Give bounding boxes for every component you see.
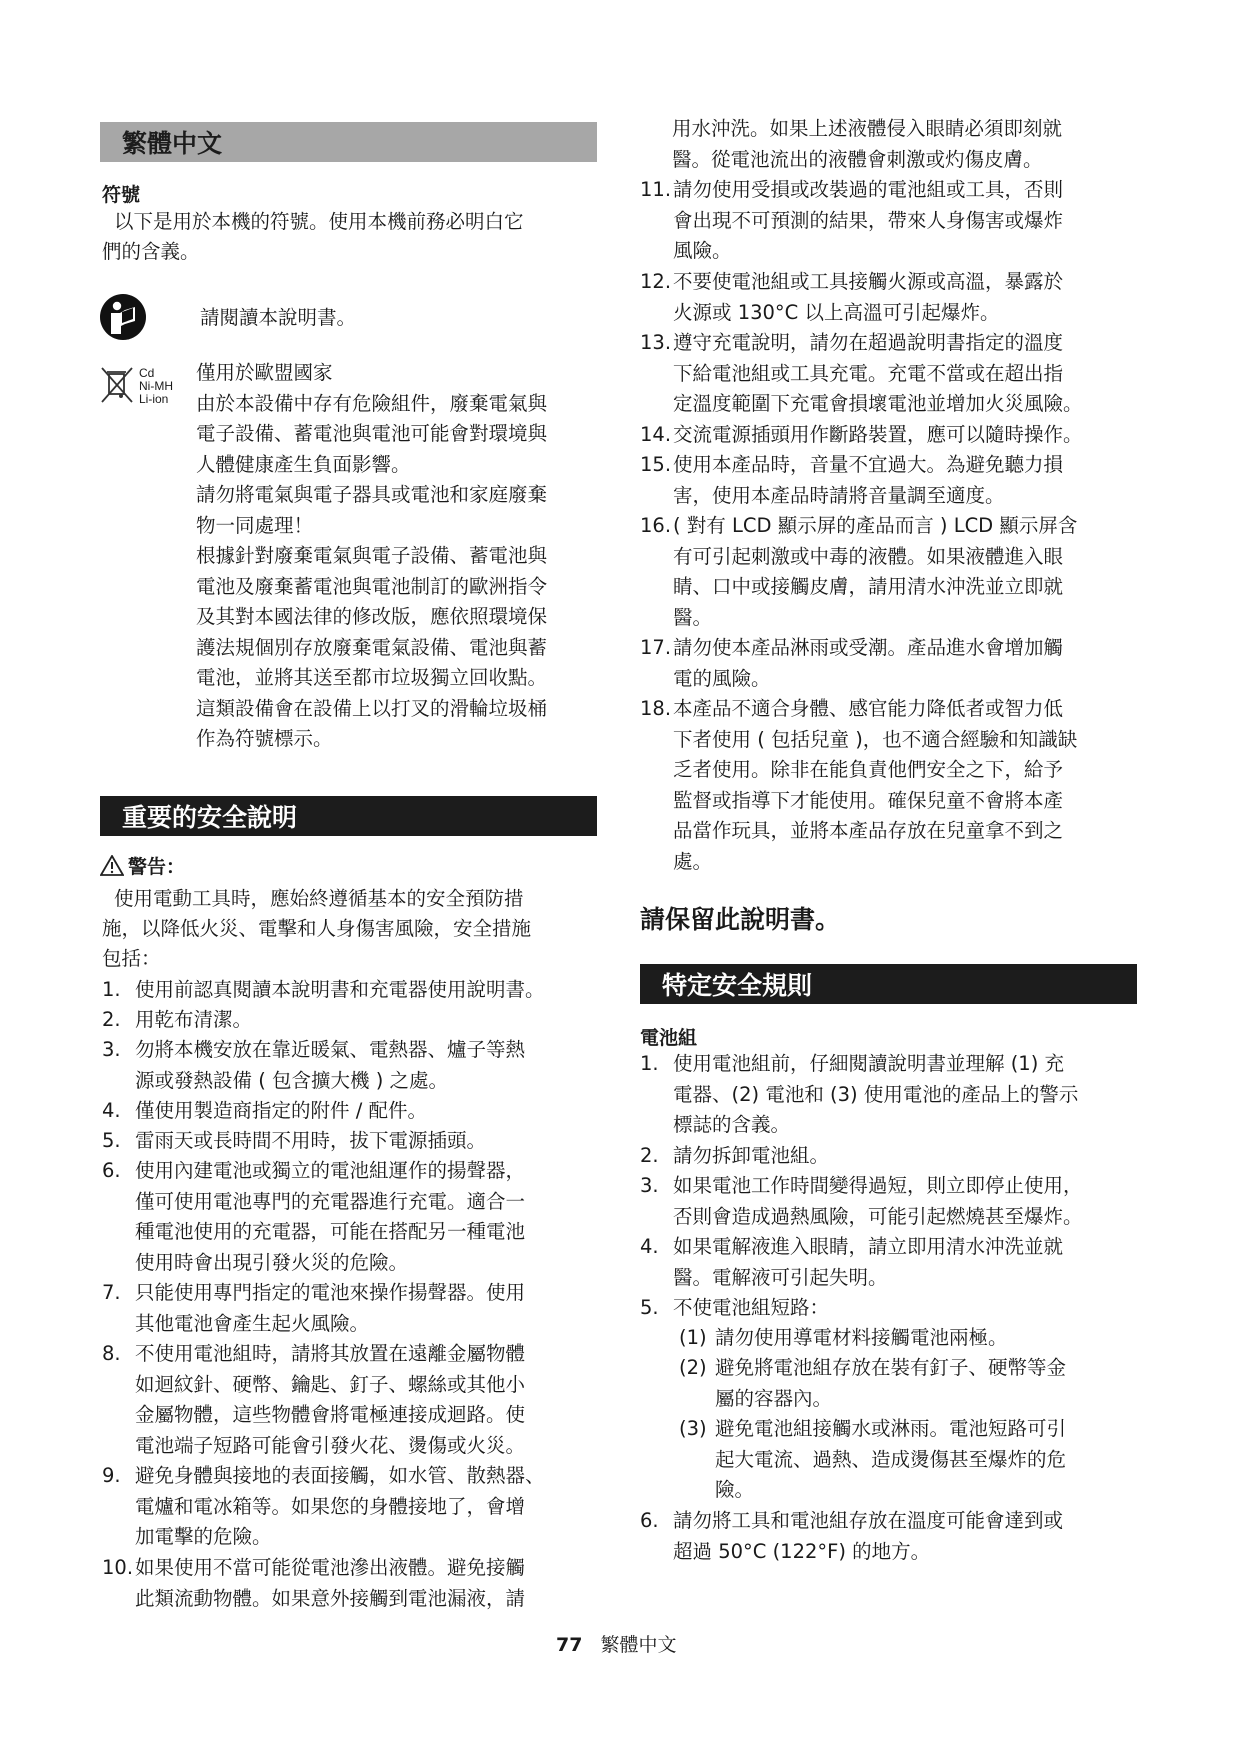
item-line: 雷雨天或長時間不用時，拔下電源插頭。 bbox=[135, 1126, 486, 1157]
item-number: 5. bbox=[102, 1126, 121, 1157]
safety-item-3: 3. 勿將本機安放在靠近暖氣、電熱器、爐子等熱 源或發熱設備 ( 包含擴大機 )… bbox=[102, 1035, 525, 1096]
safety-item-10: 10. 如果使用不當可能從電池滲出液體。避免接觸 此類流動物體。如果意外接觸到電… bbox=[102, 1553, 525, 1614]
item-line: 請勿使用受損或改裝過的電池組或工具，否則 bbox=[673, 175, 1063, 206]
item-number: 5. bbox=[640, 1293, 659, 1324]
item-line: 下者使用 ( 包括兒童 )，也不適合經驗和知識缺 bbox=[673, 725, 1077, 756]
symbols-intro-line-2: 們的含義。 bbox=[102, 237, 200, 268]
weee-line: 根據針對廢棄電氣與電子設備、蓄電池與 bbox=[196, 541, 547, 572]
item-line: 加電擊的危險。 bbox=[135, 1522, 545, 1553]
language-title: 繁體中文 bbox=[122, 124, 222, 160]
item-line: 僅使用製造商指定的附件 / 配件。 bbox=[135, 1096, 427, 1127]
battery-subitem-3: (3) 避免電池組接觸水或淋雨。電池短路可引 起大電流、過熱、造成燙傷甚至爆炸的… bbox=[679, 1414, 1066, 1506]
item-line: 火源或 130°C 以上高溫可引起爆炸。 bbox=[673, 298, 1063, 329]
item-line: 電池端子短路可能會引發火花、燙傷或火災。 bbox=[135, 1431, 525, 1462]
battery-item-5: 5. 不使電池組短路： bbox=[640, 1293, 829, 1324]
battery-item-1: 1. 使用電池組前，仔細閱讀說明書並理解 (1) 充 電器、(2) 電池和 (3… bbox=[640, 1049, 1078, 1141]
item-line: 使用時會出現引發火災的危險。 bbox=[135, 1248, 525, 1279]
weee-line: 由於本設備中存有危險組件，廢棄電氣與 bbox=[196, 389, 547, 420]
item-line: 用水沖洗。如果上述液體侵入眼睛必須即刻就 bbox=[672, 114, 1062, 145]
page-footer: 77 繁體中文 bbox=[556, 1630, 676, 1657]
crossed-bin-icon bbox=[100, 366, 134, 404]
item-number: 3. bbox=[640, 1171, 659, 1202]
item-line: 避免身體與接地的表面接觸，如水管、散熱器、 bbox=[135, 1461, 545, 1492]
weee-line: 請勿將電氣與電子器具或電池和家庭廢棄 bbox=[196, 480, 547, 511]
safety-item-1: 1. 使用前認真閱讀本說明書和充電器使用說明書。 bbox=[102, 975, 545, 1006]
item-line: 本產品不適合身體、感官能力降低者或智力低 bbox=[673, 694, 1077, 725]
item-number: 4. bbox=[640, 1232, 659, 1263]
item-line: 否則會造成過熱風險，可能引起燃燒甚至爆炸。 bbox=[673, 1202, 1083, 1233]
safety-item-11: 11. 請勿使用受損或改裝過的電池組或工具，否則 會出現不可預測的結果，帶來人身… bbox=[640, 175, 1063, 267]
item-line: 如果使用不當可能從電池滲出液體。避免接觸 bbox=[135, 1553, 525, 1584]
item-line: 害，使用本產品時請將音量調至適度。 bbox=[673, 481, 1063, 512]
item-line: 屬的容器內。 bbox=[715, 1384, 1066, 1415]
item-line: 睛、口中或接觸皮膚，請用清水沖洗並立即就 bbox=[673, 572, 1077, 603]
item-number: 3. bbox=[102, 1035, 121, 1066]
item-number: 14. bbox=[640, 420, 671, 451]
safety-section-bar: 重要的安全說明 bbox=[100, 796, 597, 836]
specific-rules-bar: 特定安全規則 bbox=[640, 964, 1137, 1004]
item-number: (2) bbox=[679, 1353, 707, 1384]
safety-item-12: 12. 不要使電池組或工具接觸火源或高溫，暴露於 火源或 130°C 以上高溫可… bbox=[640, 267, 1063, 328]
item-line: 源或發熱設備 ( 包含擴大機 ) 之處。 bbox=[135, 1066, 525, 1097]
item-line: 請勿拆卸電池組。 bbox=[673, 1141, 829, 1172]
warning-intro-line-2: 施，以降低火災、電擊和人身傷害風險，安全措施 bbox=[102, 914, 531, 945]
item-number: 16. bbox=[640, 511, 671, 542]
item-line: 避免電池組接觸水或淋雨。電池短路可引 bbox=[715, 1414, 1066, 1445]
safety-item-13: 13. 遵守充電說明，請勿在超過說明書指定的溫度 下給電池組或工具充電。充電不當… bbox=[640, 328, 1083, 420]
item-line: 種電池使用的充電器，可能在搭配另一種電池 bbox=[135, 1217, 525, 1248]
item-line: 定溫度範圍下充電會損壞電池並增加火災風險。 bbox=[673, 389, 1083, 420]
item-number: 17. bbox=[640, 633, 671, 664]
warning-label: 警告： bbox=[128, 852, 185, 879]
item-line: 品當作玩具，並將本產品存放在兒童拿不到之 bbox=[673, 816, 1077, 847]
item-line: 使用本產品時，音量不宜過大。為避免聽力損 bbox=[673, 450, 1063, 481]
item-line: 使用電池組前，仔細閱讀說明書並理解 (1) 充 bbox=[673, 1049, 1078, 1080]
label-liion: Li-ion bbox=[139, 393, 173, 406]
battery-item-6: 6. 請勿將工具和電池組存放在溫度可能會達到或 超過 50°C (122°F) … bbox=[640, 1506, 1063, 1567]
item-line: 如果電池工作時間變得過短，則立即停止使用， bbox=[673, 1171, 1083, 1202]
item-line: 起大電流、過熱、造成燙傷甚至爆炸的危 bbox=[715, 1445, 1066, 1476]
safety-item-9: 9. 避免身體與接地的表面接觸，如水管、散熱器、 電爐和電冰箱等。如果您的身體接… bbox=[102, 1461, 545, 1553]
item-line: 監督或指導下才能使用。確保兒童不會將本產 bbox=[673, 786, 1077, 817]
item-number: 4. bbox=[102, 1096, 121, 1127]
item-line: 不使用電池組時，請將其放置在遠離金屬物體 bbox=[135, 1339, 525, 1370]
battery-item-4: 4. 如果電解液進入眼睛，請立即用清水沖洗並就 醫。電解液可引起失明。 bbox=[640, 1232, 1063, 1293]
safety-item-16: 16. ( 對有 LCD 顯示屏的產品而言 ) LCD 顯示屏含 有可引起刺激或… bbox=[640, 511, 1077, 633]
safety-item-8: 8. 不使用電池組時，請將其放置在遠離金屬物體 如迴紋針、硬幣、鑰匙、釘子、螺絲… bbox=[102, 1339, 525, 1461]
symbols-heading: 符號 bbox=[102, 180, 140, 207]
item-number: 7. bbox=[102, 1278, 121, 1309]
weee-line: 人體健康產生負面影響。 bbox=[196, 450, 547, 481]
item-number: 10. bbox=[102, 1553, 133, 1584]
item-line: 處。 bbox=[673, 847, 1077, 878]
item-line: 只能使用專門指定的電池來操作揚聲器。使用 bbox=[135, 1278, 525, 1309]
item-line: 其他電池會產生起火風險。 bbox=[135, 1309, 525, 1340]
item-number: 12. bbox=[640, 267, 671, 298]
item-line: 電器、(2) 電池和 (3) 使用電池的產品上的警示 bbox=[673, 1080, 1078, 1111]
item-number: 18. bbox=[640, 694, 671, 725]
item-number: 6. bbox=[640, 1506, 659, 1537]
language-section-bar: 繁體中文 bbox=[100, 122, 597, 162]
item-line: 請勿使用導電材料接觸電池兩極。 bbox=[715, 1323, 1008, 1354]
weee-line: 電子設備、蓄電池與電池可能會對環境與 bbox=[196, 419, 547, 450]
battery-subitem-2: (2) 避免將電池組存放在裝有釘子、硬幣等金 屬的容器內。 bbox=[679, 1353, 1066, 1414]
safety-item-18: 18. 本產品不適合身體、感官能力降低者或智力低 下者使用 ( 包括兒童 )，也… bbox=[640, 694, 1077, 877]
warning-heading: 警告： bbox=[100, 852, 185, 879]
item-line: 遵守充電說明，請勿在超過說明書指定的溫度 bbox=[673, 328, 1083, 359]
item-10-continued: 用水沖洗。如果上述液體侵入眼睛必須即刻就 醫。從電池流出的液體會刺激或灼傷皮膚。 bbox=[672, 114, 1062, 175]
keep-manual-heading: 請保留此說明書。 bbox=[640, 900, 840, 936]
item-line: 此類流動物體。如果意外接觸到電池漏液，請 bbox=[135, 1584, 525, 1615]
warning-intro-line-3: 包括： bbox=[102, 944, 161, 975]
item-line: 標誌的含義。 bbox=[673, 1110, 1078, 1141]
safety-item-17: 17. 請勿使本產品淋雨或受潮。產品進水會增加觸 電的風險。 bbox=[640, 633, 1063, 694]
item-line: 不使電池組短路： bbox=[673, 1293, 829, 1324]
item-number: 6. bbox=[102, 1156, 121, 1187]
item-number: 11. bbox=[640, 175, 671, 206]
item-line: 請勿將工具和電池組存放在溫度可能會達到或 bbox=[673, 1506, 1063, 1537]
weee-line: 作為符號標示。 bbox=[196, 724, 547, 755]
item-number: 1. bbox=[640, 1049, 659, 1080]
specific-rules-title: 特定安全規則 bbox=[662, 966, 812, 1002]
item-line: 醫。 bbox=[673, 603, 1077, 634]
item-line: ( 對有 LCD 顯示屏的產品而言 ) LCD 顯示屏含 bbox=[673, 511, 1077, 542]
item-line: 醫。電解液可引起失明。 bbox=[673, 1263, 1063, 1294]
battery-subitem-1: (1) 請勿使用導電材料接觸電池兩極。 bbox=[679, 1323, 1008, 1354]
item-line: 金屬物體，這些物體會將電極連接成迴路。使 bbox=[135, 1400, 525, 1431]
safety-item-14: 14. 交流電源插頭用作斷路裝置，應可以隨時操作。 bbox=[640, 420, 1083, 451]
safety-item-7: 7. 只能使用專門指定的電池來操作揚聲器。使用 其他電池會產生起火風險。 bbox=[102, 1278, 525, 1339]
item-line: 勿將本機安放在靠近暖氣、電熱器、爐子等熱 bbox=[135, 1035, 525, 1066]
weee-line: 這類設備會在設備上以打叉的滑輪垃圾桶 bbox=[196, 694, 547, 725]
battery-type-labels: Cd Ni-MH Li-ion bbox=[139, 367, 173, 406]
weee-line: 電池及廢棄蓄電池與電池制訂的歐洲指令 bbox=[196, 572, 547, 603]
item-number: 8. bbox=[102, 1339, 121, 1370]
item-line: 電爐和電冰箱等。如果您的身體接地了，會增 bbox=[135, 1492, 545, 1523]
battery-item-3: 3. 如果電池工作時間變得過短，則立即停止使用， 否則會造成過熱風險，可能引起燃… bbox=[640, 1171, 1083, 1232]
safety-item-2: 2. 用乾布清潔。 bbox=[102, 1005, 252, 1036]
weee-line: 僅用於歐盟國家 bbox=[196, 358, 547, 389]
item-number: 15. bbox=[640, 450, 671, 481]
item-line: 如果電解液進入眼睛，請立即用清水沖洗並就 bbox=[673, 1232, 1063, 1263]
item-line: 用乾布清潔。 bbox=[135, 1005, 252, 1036]
battery-heading: 電池組 bbox=[640, 1023, 697, 1050]
weee-line: 護法規個別存放廢棄電氣設備、電池與蓄 bbox=[196, 633, 547, 664]
safety-item-6: 6. 使用內建電池或獨立的電池組運作的揚聲器， 僅可使用電池專門的充電器進行充電… bbox=[102, 1156, 525, 1278]
symbols-intro-line-1: 以下是用於本機的符號。使用本機前務必明白它 bbox=[114, 207, 524, 238]
symbol-read-text: 請閱讀本說明書。 bbox=[200, 303, 356, 334]
footer-language: 繁體中文 bbox=[600, 1630, 676, 1657]
item-line: 請勿使本產品淋雨或受潮。產品進水會增加觸 bbox=[673, 633, 1063, 664]
item-number: 2. bbox=[102, 1005, 121, 1036]
item-number: (3) bbox=[679, 1414, 707, 1445]
safety-item-5: 5. 雷雨天或長時間不用時，拔下電源插頭。 bbox=[102, 1126, 486, 1157]
read-manual-icon bbox=[100, 294, 146, 340]
item-line: 會出現不可預測的結果，帶來人身傷害或爆炸 bbox=[673, 206, 1063, 237]
safety-item-4: 4. 僅使用製造商指定的附件 / 配件。 bbox=[102, 1096, 427, 1127]
warning-intro-line-1: 使用電動工具時，應始終遵循基本的安全預防措 bbox=[114, 884, 524, 915]
item-line: 僅可使用電池專門的充電器進行充電。適合一 bbox=[135, 1187, 525, 1218]
item-line: 超過 50°C (122°F) 的地方。 bbox=[673, 1537, 1063, 1568]
battery-item-2: 2. 請勿拆卸電池組。 bbox=[640, 1141, 829, 1172]
item-line: 使用內建電池或獨立的電池組運作的揚聲器， bbox=[135, 1156, 525, 1187]
item-line: 醫。從電池流出的液體會刺激或灼傷皮膚。 bbox=[672, 145, 1062, 176]
warning-triangle-icon bbox=[100, 855, 124, 876]
item-line: 險。 bbox=[715, 1475, 1066, 1506]
weee-line: 物一同處理！ bbox=[196, 511, 547, 542]
item-number: 9. bbox=[102, 1461, 121, 1492]
weee-line: 電池，並將其送至都市垃圾獨立回收點。 bbox=[196, 663, 547, 694]
item-line: 風險。 bbox=[673, 236, 1063, 267]
page-number: 77 bbox=[556, 1634, 582, 1656]
item-number: (1) bbox=[679, 1323, 707, 1354]
safety-title: 重要的安全說明 bbox=[122, 798, 297, 834]
item-line: 電的風險。 bbox=[673, 664, 1063, 695]
weee-text-block: 僅用於歐盟國家 由於本設備中存有危險組件，廢棄電氣與 電子設備、蓄電池與電池可能… bbox=[196, 358, 547, 755]
item-number: 2. bbox=[640, 1141, 659, 1172]
item-line: 有可引起刺激或中毒的液體。如果液體進入眼 bbox=[673, 542, 1077, 573]
item-line: 乏者使用。除非在能負責他們安全之下，給予 bbox=[673, 755, 1077, 786]
item-line: 不要使電池組或工具接觸火源或高溫，暴露於 bbox=[673, 267, 1063, 298]
item-line: 避免將電池組存放在裝有釘子、硬幣等金 bbox=[715, 1353, 1066, 1384]
item-number: 13. bbox=[640, 328, 671, 359]
item-line: 交流電源插頭用作斷路裝置，應可以隨時操作。 bbox=[673, 420, 1083, 451]
safety-item-15: 15. 使用本產品時，音量不宜過大。為避免聽力損 害，使用本產品時請將音量調至適… bbox=[640, 450, 1063, 511]
item-line: 下給電池組或工具充電。充電不當或在超出指 bbox=[673, 359, 1083, 390]
item-line: 使用前認真閱讀本說明書和充電器使用說明書。 bbox=[135, 975, 545, 1006]
item-number: 1. bbox=[102, 975, 121, 1006]
item-line: 如迴紋針、硬幣、鑰匙、釘子、螺絲或其他小 bbox=[135, 1370, 525, 1401]
weee-line: 及其對本國法律的修改版，應依照環境保 bbox=[196, 602, 547, 633]
